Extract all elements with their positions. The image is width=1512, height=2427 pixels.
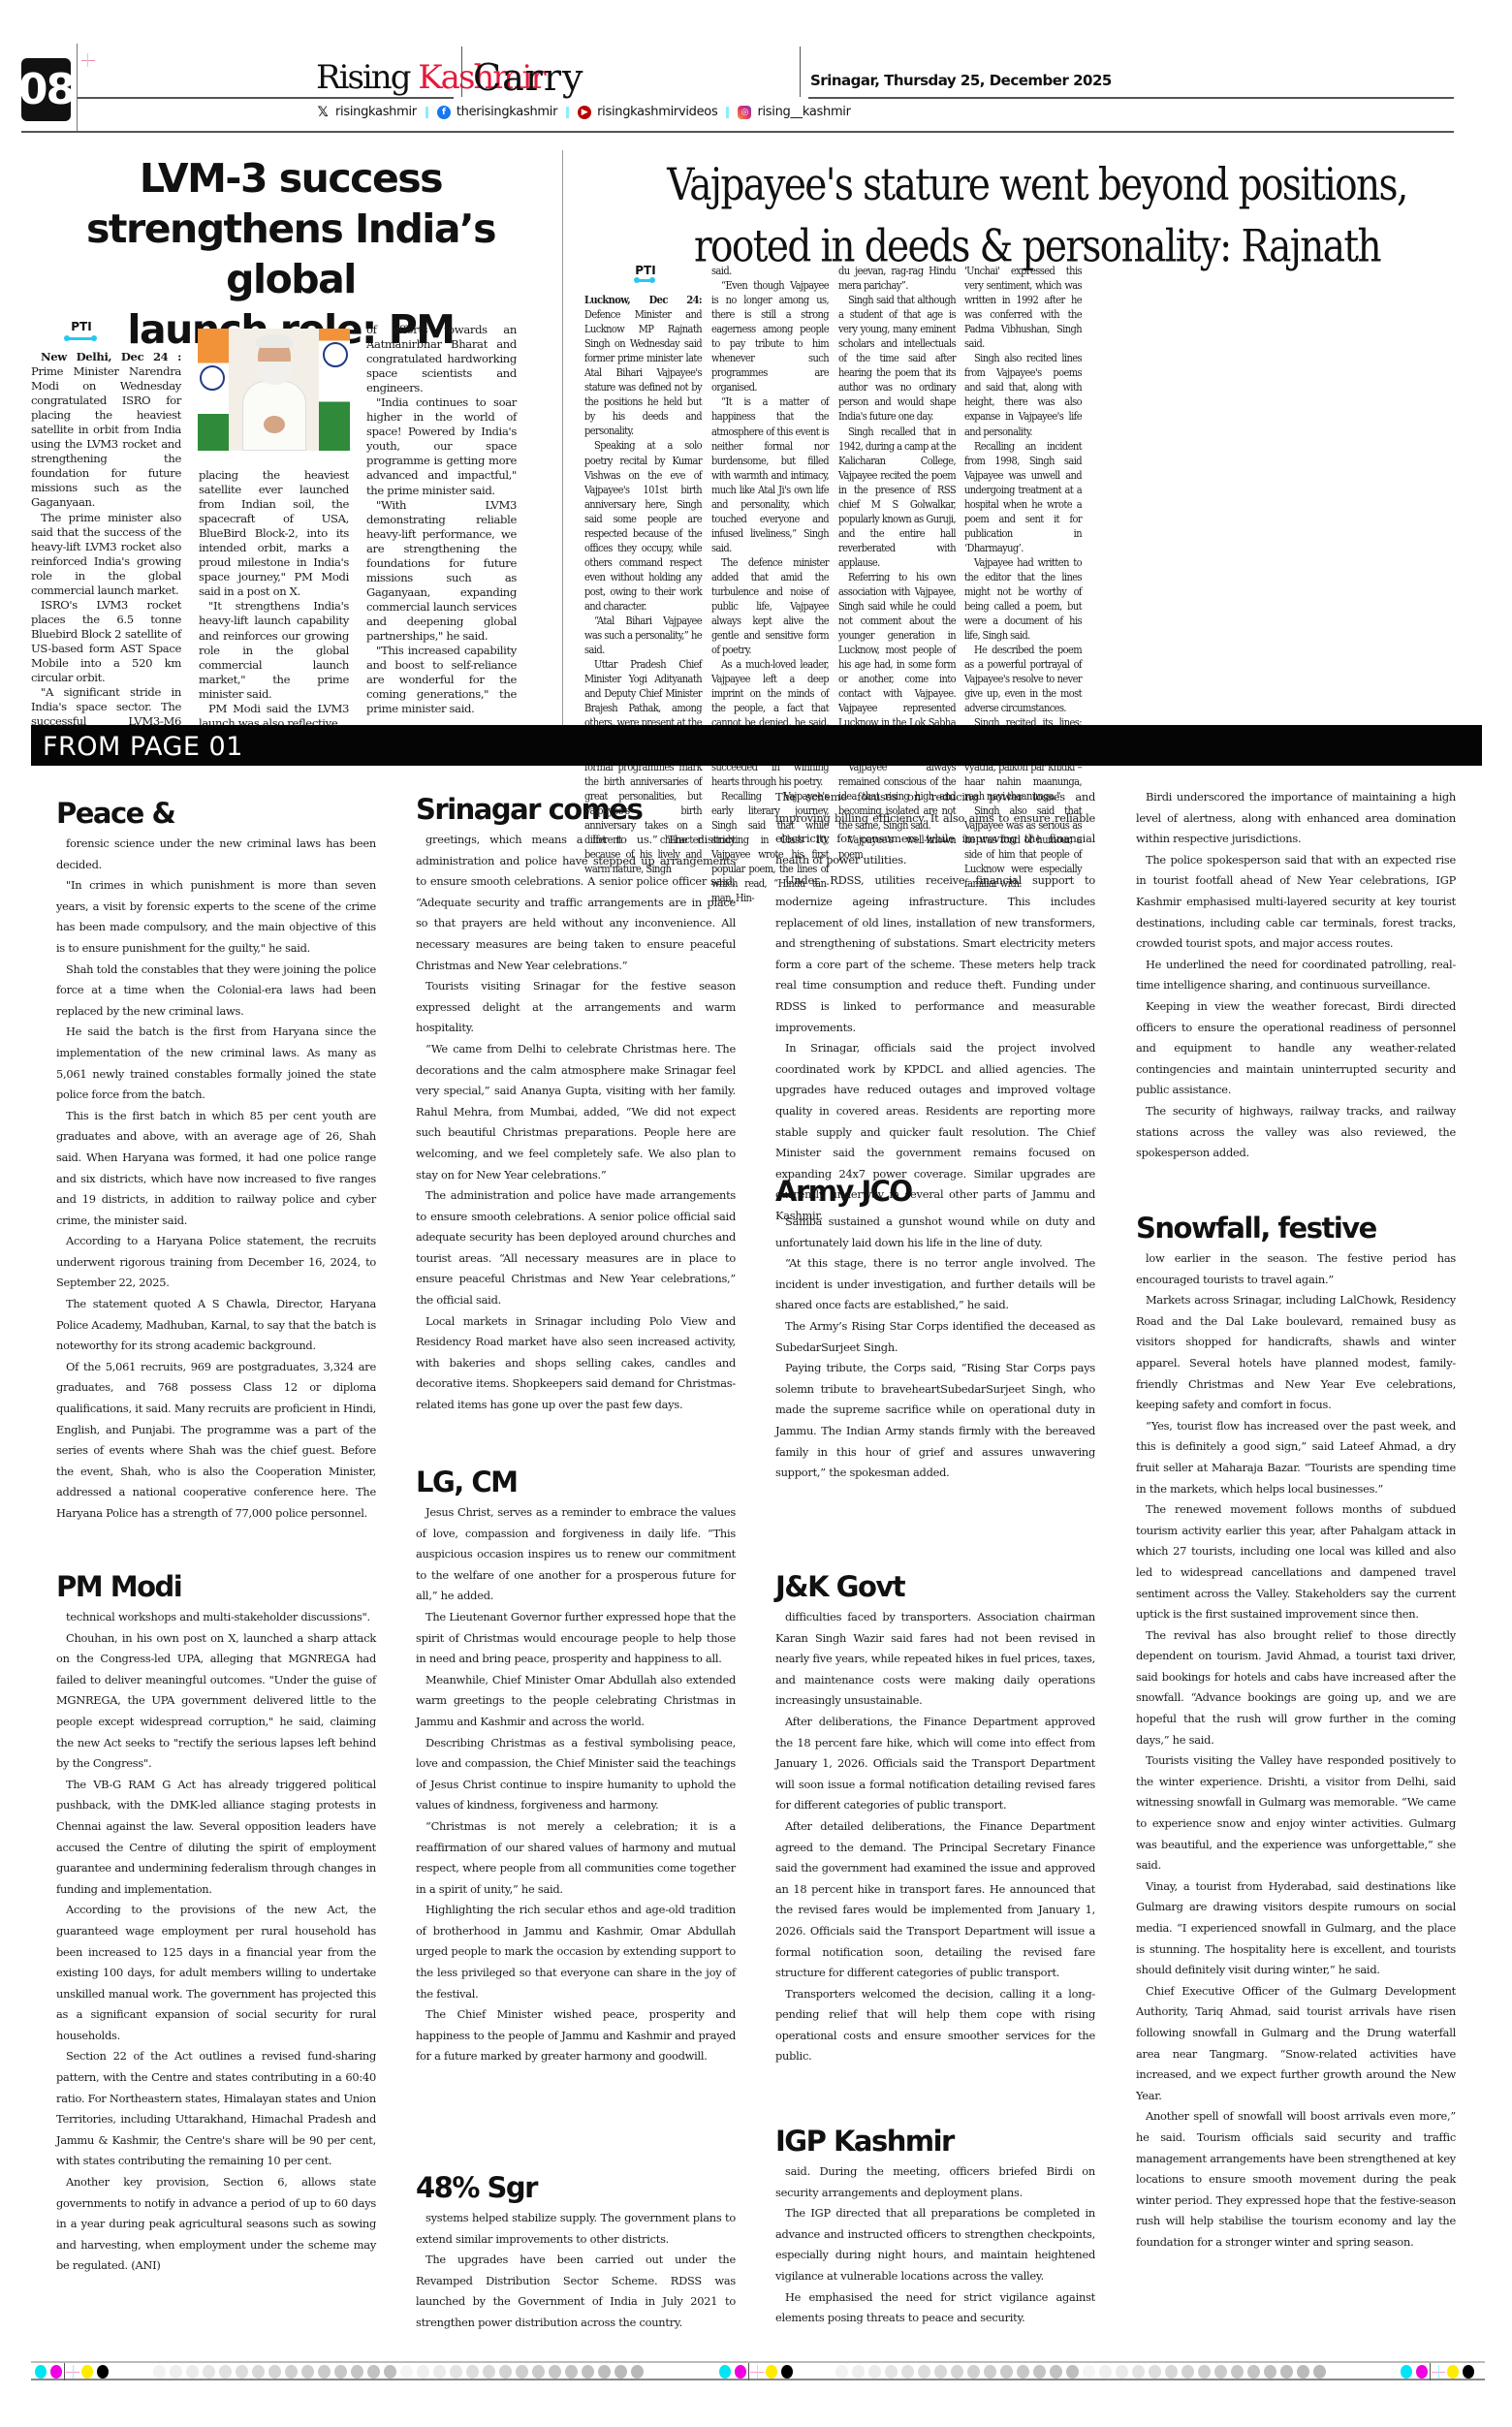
paragraph: Speaking at a solo poetry recital by Kum… bbox=[584, 438, 702, 614]
paragraph: 'Unchai' expressed this very sentiment, … bbox=[964, 264, 1082, 351]
paragraph: According to the provisions of the new A… bbox=[56, 1900, 376, 2046]
grayscale-density-marks bbox=[153, 2365, 644, 2379]
paragraph: The police spokesperson said that with a… bbox=[1136, 850, 1456, 955]
section-banner bbox=[31, 725, 1482, 766]
paragraph: The VB-G RAM G Act has already triggered… bbox=[56, 1775, 376, 1901]
color-registration-marks bbox=[717, 2363, 795, 2380]
paragraph: Markets across Srinagar, including LalCh… bbox=[1136, 1290, 1456, 1416]
paragraph: “Even though Vajpayee is no longer among… bbox=[711, 278, 829, 394]
social-handle-youtube[interactable]: risingkashmirvideos bbox=[597, 105, 717, 119]
magenta-dot bbox=[735, 2365, 746, 2379]
story-lvm3-column-3: of efforts towards an Aatmanirbhar Bhara… bbox=[366, 323, 517, 716]
paragraph: Singh also recited lines from Vajpayee's… bbox=[964, 351, 1082, 438]
paragraph: The statement quoted A S Chawla, Directo… bbox=[56, 1294, 376, 1357]
paragraph: As a much-loved leader, Vajpayee left a … bbox=[711, 657, 829, 788]
paragraph: The security of highways, railway tracks… bbox=[1136, 1101, 1456, 1164]
paragraph: Meanwhile, Chief Minister Omar Abdullah … bbox=[416, 1670, 736, 1733]
instagram-icon: ◎ bbox=[738, 106, 751, 119]
crosshair-icon bbox=[750, 2365, 764, 2379]
paragraph: placing the heaviest satellite ever laun… bbox=[199, 468, 349, 599]
paragraph: “Christmas is not merely a celebration; … bbox=[416, 1816, 736, 1900]
paragraph: Jesus Christ, serves as a reminder to em… bbox=[416, 1502, 736, 1607]
paragraph: The Lieutenant Governor further expresse… bbox=[416, 1607, 736, 1670]
story-lvm3-column-2: placing the heaviest satellite ever laun… bbox=[199, 468, 349, 731]
paragraph: Vinay, a tourist from Hyderabad, said de… bbox=[1136, 1876, 1456, 1981]
jump-head-pm-modi: PM Modi bbox=[56, 1570, 181, 1603]
black-dot bbox=[781, 2365, 793, 2379]
jump-column-pm-modi: technical workshops and multi-stakeholde… bbox=[56, 1607, 376, 2277]
jump-column-igp-kashmir-cont: Birdi underscored the importance of main… bbox=[1136, 787, 1456, 1164]
cyan-dot bbox=[1401, 2365, 1412, 2379]
paragraph: Shah told the constables that they were … bbox=[56, 960, 376, 1023]
paragraph: Transporters welcomed the decision, call… bbox=[775, 1984, 1095, 2067]
section-title: Carry bbox=[473, 56, 584, 99]
paragraph: After detailed deliberations, the Financ… bbox=[775, 1816, 1095, 1984]
paragraph: The renewed movement follows months of s… bbox=[1136, 1499, 1456, 1625]
paragraph: Chief Executive Officer of the Gulmarg D… bbox=[1136, 1981, 1456, 2107]
paragraph: Local markets in Srinagar including Polo… bbox=[416, 1311, 736, 1416]
paragraph: The upgrades have been carried out under… bbox=[416, 2250, 736, 2333]
page-number-badge: 08 bbox=[21, 58, 71, 121]
paragraph: The Army’s Rising Star Corps identified … bbox=[775, 1316, 1095, 1358]
story-lvm3-column-1: New Delhi, Dec 24 : Prime Minister Naren… bbox=[31, 350, 181, 743]
jump-column-jk-govt: difficulties faced by transporters. Asso… bbox=[775, 1607, 1095, 2067]
jump-head-army-jco: Army JCO bbox=[775, 1175, 912, 1208]
paragraph: The prime minister also said that the su… bbox=[31, 511, 181, 598]
paragraph: technical workshops and multi-stakeholde… bbox=[56, 1607, 376, 1628]
jump-column-army-jco: Samba sustained a gunshot wound while on… bbox=[775, 1212, 1095, 1484]
paragraph: Samba sustained a gunshot wound while on… bbox=[775, 1212, 1095, 1253]
byline-agency: PTI bbox=[64, 320, 99, 333]
paragraph: Lucknow, Dec 24: Defence Minister and Lu… bbox=[584, 293, 702, 438]
paragraph: "This increased capability and boost to … bbox=[366, 644, 517, 716]
byline-agency: PTI bbox=[632, 264, 659, 277]
logo-rising: Rising bbox=[316, 58, 409, 97]
youtube-icon: ▶ bbox=[578, 106, 591, 119]
cyan-dot bbox=[719, 2365, 731, 2379]
crosshair-icon bbox=[66, 2365, 79, 2379]
paragraph: He underlined the need for coordinated p… bbox=[1136, 955, 1456, 996]
paragraph: said. During the meeting, officers brief… bbox=[775, 2161, 1095, 2203]
magenta-dot bbox=[1416, 2365, 1428, 2379]
crosshair-icon bbox=[1432, 2365, 1445, 2379]
divider bbox=[461, 47, 462, 97]
paragraph: difficulties faced by transporters. Asso… bbox=[775, 1607, 1095, 1712]
paragraph: Chouhan, in his own post on X, launched … bbox=[56, 1628, 376, 1775]
social-handle-facebook[interactable]: therisingkashmir bbox=[457, 105, 557, 119]
social-handle-x[interactable]: risingkashmir bbox=[335, 105, 417, 119]
jump-column-48-sgr-cont: The scheme focuses on reducing power los… bbox=[775, 787, 1095, 1226]
byline-underline bbox=[636, 279, 653, 282]
jump-column-igp-kashmir: said. During the meeting, officers brief… bbox=[775, 2161, 1095, 2329]
yellow-dot bbox=[766, 2365, 777, 2379]
paragraph: low earlier in the season. The festive p… bbox=[1136, 1248, 1456, 1290]
divider bbox=[800, 47, 801, 97]
facebook-icon: f bbox=[437, 106, 451, 119]
paragraph: greetings, which means a lot to us.” The… bbox=[416, 830, 736, 976]
paragraph: "In crimes in which punishment is more t… bbox=[56, 875, 376, 959]
paragraph: Singh recalled that in 1942, during a ca… bbox=[838, 425, 956, 570]
headline-vajpayee: Vajpayee's stature went beyond positions… bbox=[582, 155, 1493, 278]
paragraph: of efforts towards an Aatmanirbhar Bhara… bbox=[366, 323, 517, 395]
jump-column-lg-cm: Jesus Christ, serves as a reminder to em… bbox=[416, 1502, 736, 2067]
jump-column-snowfall-festive: low earlier in the season. The festive p… bbox=[1136, 1248, 1456, 2254]
paragraph: Highlighting the rich secular ethos and … bbox=[416, 1900, 736, 2004]
paragraph: Section 22 of the Act outlines a revised… bbox=[56, 2046, 376, 2172]
dateline: Srinagar, Thursday 25, December 2025 bbox=[810, 72, 1112, 89]
jump-head-jk-govt: J&K Govt bbox=[775, 1570, 904, 1603]
paragraph: systems helped stabilize supply. The gov… bbox=[416, 2208, 736, 2250]
grayscale-density-marks bbox=[835, 2365, 1326, 2379]
divider bbox=[566, 107, 569, 118]
paragraph: He described the poem as a powerful port… bbox=[964, 643, 1082, 715]
person-figure bbox=[240, 334, 308, 451]
paragraph: “Yes, tourist flow has increased over th… bbox=[1136, 1416, 1456, 1499]
paragraph: Vajpayee had written to the editor that … bbox=[964, 555, 1082, 643]
paragraph: The Chief Minister wished peace, prosper… bbox=[416, 2004, 736, 2067]
paragraph: "India continues to soar higher in the w… bbox=[366, 395, 517, 497]
masthead-rule bbox=[808, 97, 1454, 99]
yellow-dot bbox=[1447, 2365, 1459, 2379]
magenta-dot bbox=[50, 2365, 62, 2379]
social-links: 𝕏 risingkashmir f therisingkashmir ▶ ris… bbox=[316, 105, 851, 119]
jump-head-lg-cm: LG, CM bbox=[416, 1466, 518, 1498]
paragraph: Tourists visiting Srinagar for the festi… bbox=[416, 976, 736, 1039]
paragraph: "With LVM3 demonstrating reliable heavy-… bbox=[366, 498, 517, 644]
paragraph: The administration and police have made … bbox=[416, 1185, 736, 1311]
jump-column-srinagar-comes: greetings, which means a lot to us.” The… bbox=[416, 830, 736, 1416]
paragraph: du jeevan, rag-rag Hindu mera parichay”. bbox=[838, 264, 956, 293]
masthead-divider bbox=[77, 44, 78, 133]
paragraph: He said the batch is the first from Hary… bbox=[56, 1022, 376, 1105]
social-handle-instagram[interactable]: rising__kashmir bbox=[757, 105, 850, 119]
jump-column-peace: forensic science under the new criminal … bbox=[56, 834, 376, 1525]
column-rule bbox=[562, 150, 563, 756]
divider bbox=[425, 107, 428, 118]
jump-head-48-sgr: 48% Sgr bbox=[416, 2171, 537, 2204]
paragraph: “At this stage, there is no terror angle… bbox=[775, 1253, 1095, 1316]
cyan-dot bbox=[35, 2365, 47, 2379]
masthead-rule bbox=[78, 97, 454, 99]
paragraph: The scheme focuses on reducing power los… bbox=[775, 787, 1095, 870]
paragraph: The revival has also brought relief to t… bbox=[1136, 1625, 1456, 1751]
paragraph: "It strengthens India's heavy-lift launc… bbox=[199, 599, 349, 701]
paragraph: ISRO's LVM3 rocket places the 6.5 tonne … bbox=[31, 598, 181, 685]
jump-head-peace: Peace & bbox=[56, 797, 174, 830]
paragraph: Birdi underscored the importance of main… bbox=[1136, 787, 1456, 850]
story-vajpayee-column-1: Lucknow, Dec 24: Defence Minister and Lu… bbox=[584, 293, 702, 876]
color-registration-marks bbox=[1399, 2363, 1476, 2380]
paragraph: The IGP directed that all preparations b… bbox=[775, 2203, 1095, 2286]
paragraph: Of the 5,061 recruits, 969 are postgradu… bbox=[56, 1357, 376, 1525]
section-banner-label: FROM PAGE 01 bbox=[43, 732, 243, 762]
paragraph: “Atal Bihari Vajpayee was such a persona… bbox=[584, 614, 702, 657]
byline-underline bbox=[66, 337, 95, 340]
jump-head-igp-kashmir: IGP Kashmir bbox=[775, 2125, 954, 2158]
story-vajpayee-column-3: du jeevan, rag-rag Hindu mera parichay”.… bbox=[838, 264, 956, 862]
paragraph: According to a Haryana Police statement,… bbox=[56, 1231, 376, 1294]
paragraph: Recalling an incident from 1998, Singh s… bbox=[964, 439, 1082, 555]
paragraph: Tourists visiting the Valley have respon… bbox=[1136, 1750, 1456, 1876]
color-registration-marks bbox=[33, 2363, 110, 2380]
x-icon: 𝕏 bbox=[316, 106, 330, 119]
paragraph: Singh said that although a student of th… bbox=[838, 293, 956, 424]
paragraph: Describing Christmas as a festival symbo… bbox=[416, 1733, 736, 1816]
registration-mark bbox=[81, 53, 95, 67]
paragraph: New Delhi, Dec 24 : Prime Minister Naren… bbox=[31, 350, 181, 511]
black-dot bbox=[97, 2365, 109, 2379]
masthead-rule bbox=[21, 131, 1454, 133]
paragraph: Paying tribute, the Corps said, “Rising … bbox=[775, 1358, 1095, 1484]
paragraph: Another spell of snowfall will boost arr… bbox=[1136, 2106, 1456, 2253]
paragraph: After deliberations, the Finance Departm… bbox=[775, 1712, 1095, 1816]
jump-head-snowfall-festive: Snowfall, festive bbox=[1136, 1212, 1376, 1245]
indian-flag-right bbox=[319, 329, 350, 451]
paragraph: Another key provision, Section 6, allows… bbox=[56, 2172, 376, 2277]
paragraph: The defence minister added that amid the… bbox=[711, 555, 829, 657]
paragraph: “It is a matter of happiness that the at… bbox=[711, 394, 829, 555]
paragraph: “We came from Delhi to celebrate Christm… bbox=[416, 1039, 736, 1185]
yellow-dot bbox=[81, 2365, 93, 2379]
pm-modi-photo bbox=[198, 329, 350, 451]
paragraph: Under RDSS, utilities receive financial … bbox=[775, 870, 1095, 1038]
jump-head-srinagar-comes: Srinagar comes bbox=[416, 793, 642, 826]
jump-column-48-sgr: systems helped stabilize supply. The gov… bbox=[416, 2208, 736, 2334]
black-dot bbox=[1463, 2365, 1474, 2379]
paragraph: This is the first batch in which 85 per … bbox=[56, 1106, 376, 1232]
divider bbox=[726, 107, 729, 118]
paragraph: said. bbox=[711, 264, 829, 278]
paragraph: Keeping in view the weather forecast, Bi… bbox=[1136, 996, 1456, 1101]
indian-flag-left bbox=[198, 329, 229, 451]
paragraph: He emphasised the need for strict vigila… bbox=[775, 2287, 1095, 2329]
paragraph: forensic science under the new criminal … bbox=[56, 834, 376, 875]
